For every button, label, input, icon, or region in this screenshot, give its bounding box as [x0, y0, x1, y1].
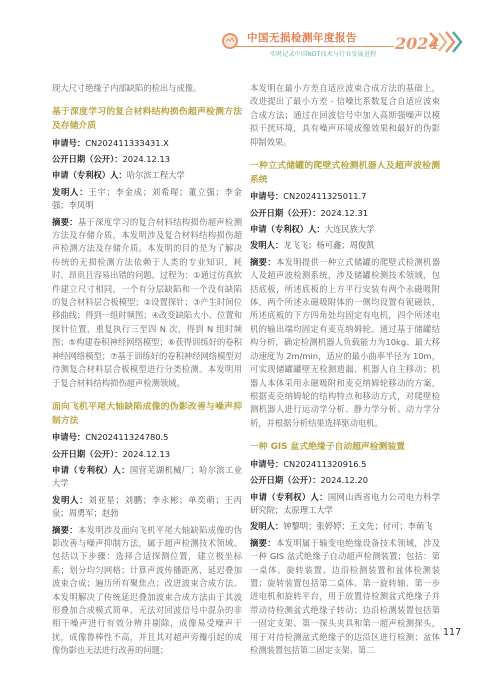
label-abstract: 摘要： [52, 217, 78, 227]
pub-date: 2024.12.13 [123, 154, 171, 164]
label-abstract: 摘要： [250, 538, 276, 548]
continuation-text: 现大尺寸绝缘子内部缺陷的检出与成像。 [52, 82, 242, 95]
label-pub-date: 公开日期（公开）： [250, 208, 321, 218]
label-applicant: 申请（专利权）人： [250, 492, 328, 502]
label-app-no: 申请号： [52, 432, 85, 442]
label-pub-date: 公开日期（公开）： [52, 449, 123, 459]
left-column: 现大尺寸绝缘子内部缺陷的检出与成像。 基于深度学习的复合材料结构损伤超声检测方法… [52, 82, 242, 658]
abstract: 本发明属于输变电绝缘设备技术领域，涉及一种 GIS 盆式绝缘子自动超声检测装置；… [250, 538, 440, 655]
patent-title: 基于深度学习的复合材料结构损伤超声检测方法及存储介质 [52, 106, 242, 133]
inventors: 钟黎明；张婷婷；王文先；付可；李萌飞 [283, 521, 432, 531]
label-abstract: 摘要： [52, 525, 78, 535]
report-subtitle: 实时记录中国NDT技术与行业发展进程 [270, 49, 376, 58]
abstract: 基于深度学习的复合材料结构损伤超声检测方法及存储介质，本发明涉及复合材料结构损伤… [52, 217, 242, 388]
patent-title: 一种立式储罐的爬壁式检测机器人及超声波检测系统 [250, 160, 440, 187]
applicant: 哈尔滨工程大学 [127, 170, 185, 180]
patent-entry: 一种 GIS 盆式绝缘子自动超声检测装置 申请号：CN202411320916.… [250, 441, 440, 657]
label-applicant: 申请（专利权）人： [52, 465, 130, 475]
inventors: 龙飞飞；杨可鑫；周俊凯 [283, 240, 374, 250]
abstract: 本发明提供一种立式储罐的爬壁式检测机器人及超声波检测系统，涉及储罐检测技术领域，… [250, 257, 440, 428]
label-inventor: 发明人： [52, 495, 88, 505]
applicant: 大连民族大学 [325, 224, 375, 234]
continuation-text: 本发明在最小方差自适应波束合成方法的基础上，改进提出了最小方差 - 信噪比系数复… [250, 82, 440, 149]
app-no: CN202411320916.5 [283, 459, 366, 469]
header-divider [236, 46, 394, 47]
patent-entry: 面向飞机平尾大轴缺陷成像的伪影改善与噪声抑制方法 申请号：CN202411324… [52, 401, 242, 658]
app-no: CN202411333431.X [85, 138, 169, 148]
label-applicant: 申请（专利权）人： [250, 224, 325, 234]
label-app-no: 申请号： [250, 191, 283, 201]
label-inventor: 发明人： [52, 187, 88, 197]
chevrons-icon [428, 30, 468, 54]
label-app-no: 申请号： [52, 138, 85, 148]
label-pub-date: 公开日期（公开）： [250, 475, 321, 485]
label-inventor: 发明人： [250, 240, 283, 250]
patent-title: 面向飞机平尾大轴缺陷成像的伪影改善与噪声抑制方法 [52, 401, 242, 428]
patent-entry: 一种立式储罐的爬壁式检测机器人及超声波检测系统 申请号：CN2024113250… [250, 160, 440, 430]
abstract: 本发明涉及面向飞机平尾大轴缺陷成像的伪影改善与噪声抑制方法，属于超声检测技术领域… [52, 525, 242, 656]
label-applicant: 申请（专利权）人： [52, 170, 127, 180]
label-pub-date: 公开日期（公开）： [52, 154, 123, 164]
patent-entry: 基于深度学习的复合材料结构损伤超声检测方法及存储介质 申请号：CN2024113… [52, 106, 242, 390]
label-inventor: 发明人： [250, 521, 283, 531]
report-title: 中国无损检测年度报告 [247, 30, 357, 45]
app-no: CN202411325011.7 [283, 191, 366, 201]
app-no: CN202411324780.5 [85, 432, 168, 442]
pub-date: 2024.12.20 [321, 475, 369, 485]
page-number: 117 [443, 627, 461, 638]
label-abstract: 摘要： [250, 257, 276, 267]
patent-title: 一种 GIS 盆式绝缘子自动超声检测装置 [250, 441, 440, 455]
pub-date: 2024.12.31 [321, 208, 369, 218]
label-app-no: 申请号： [250, 459, 283, 469]
pub-date: 2024.12.13 [123, 449, 171, 459]
right-column: 本发明在最小方差自适应波束合成方法的基础上，改进提出了最小方差 - 信噪比系数复… [250, 82, 440, 657]
page-header: 中国无损检测年度报告 实时记录中国NDT技术与行业发展进程 2024 [0, 0, 480, 62]
